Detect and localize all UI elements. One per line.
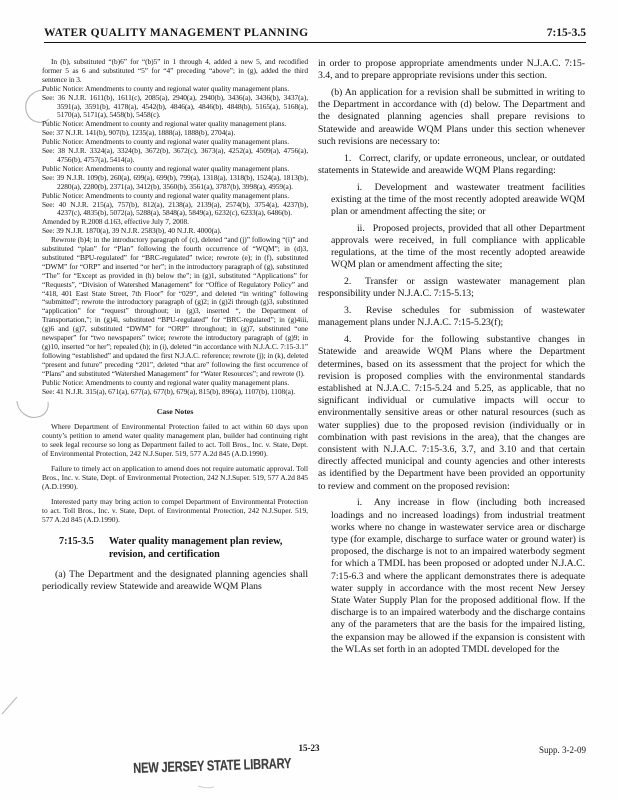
pencil-smudge [198, 786, 214, 788]
right-column: in order to propose appropriate amendmen… [318, 58, 585, 661]
amendment-note: In (b), substituted “(b)6” for “(b)5” in… [42, 58, 308, 85]
section-heading: 7:15-3.5 Water quality management plan r… [59, 535, 308, 561]
section-title: Water quality management plan review, re… [109, 535, 284, 561]
footer-supplement: Supp. 3-2-09 [539, 745, 586, 755]
see-citation: See: 41 N.J.R. 315(a), 671(a), 677(a), 6… [42, 388, 308, 397]
see-citation: See: 38 N.J.R. 3324(a), 3324(b), 3672(b)… [42, 147, 308, 165]
footer-page-number: 15-23 [0, 743, 618, 753]
see-citation: See: 40 N.J.R. 215(a), 757(b), 812(a), 2… [42, 201, 308, 219]
list-item-4-i: i. Any increase in flow (including both … [331, 497, 585, 656]
amendment-note: Rewrote (b)4; in the introductory paragr… [42, 236, 308, 379]
body-paragraph-continuation: in order to propose appropriate amendmen… [318, 58, 585, 82]
running-head-title: WATER QUALITY MANAGEMENT PLANNING [44, 27, 308, 39]
case-note: Failure to timely act on application to … [42, 465, 308, 492]
case-notes: Where Department of Environmental Protec… [42, 423, 308, 524]
list-item-4: 4. Provide for the following substantive… [318, 334, 585, 493]
amendment-history-notes: In (b), substituted “(b)6” for “(b)5” in… [42, 58, 308, 396]
library-stamp: NEW JERSEY STATE LIBRARY [133, 755, 291, 776]
case-note: Interested party may bring action to com… [42, 498, 308, 525]
left-column: In (b), substituted “(b)6” for “(b)5” in… [42, 58, 308, 598]
document-page: WATER QUALITY MANAGEMENT PLANNING 7:15-3… [0, 0, 618, 800]
running-head: WATER QUALITY MANAGEMENT PLANNING 7:15-3… [44, 27, 586, 43]
left-body: (a) The Department and the designated pl… [42, 569, 308, 593]
case-notes-heading: Case Notes [42, 407, 308, 416]
paragraph-b: (b) An application for a revision shall … [318, 87, 585, 148]
list-item-1: 1. Correct, clarify, or update erroneous… [318, 153, 585, 177]
paragraph-a: (a) The Department and the designated pl… [42, 569, 308, 593]
case-note: Where Department of Environmental Protec… [42, 423, 308, 459]
list-item-1-i: i. Development and wastewater treatment … [331, 182, 585, 219]
pencil-mark-bottom [2, 697, 17, 714]
list-item-3: 3. Revise schedules for submission of wa… [318, 305, 585, 329]
see-citation: See: 39 N.J.R. 109(b), 260(a), 699(a), 6… [42, 174, 308, 192]
list-item-2: 2. Transfer or assign wastewater managem… [318, 276, 585, 300]
running-head-section-number: 7:15-3.5 [547, 27, 586, 39]
section-number: 7:15-3.5 [59, 535, 94, 561]
list-item-1-ii: ii. Proposed projects, provided that all… [331, 223, 585, 272]
see-citation: See: 36 N.J.R. 1611(b), 1611(c), 2085(a)… [42, 94, 308, 121]
